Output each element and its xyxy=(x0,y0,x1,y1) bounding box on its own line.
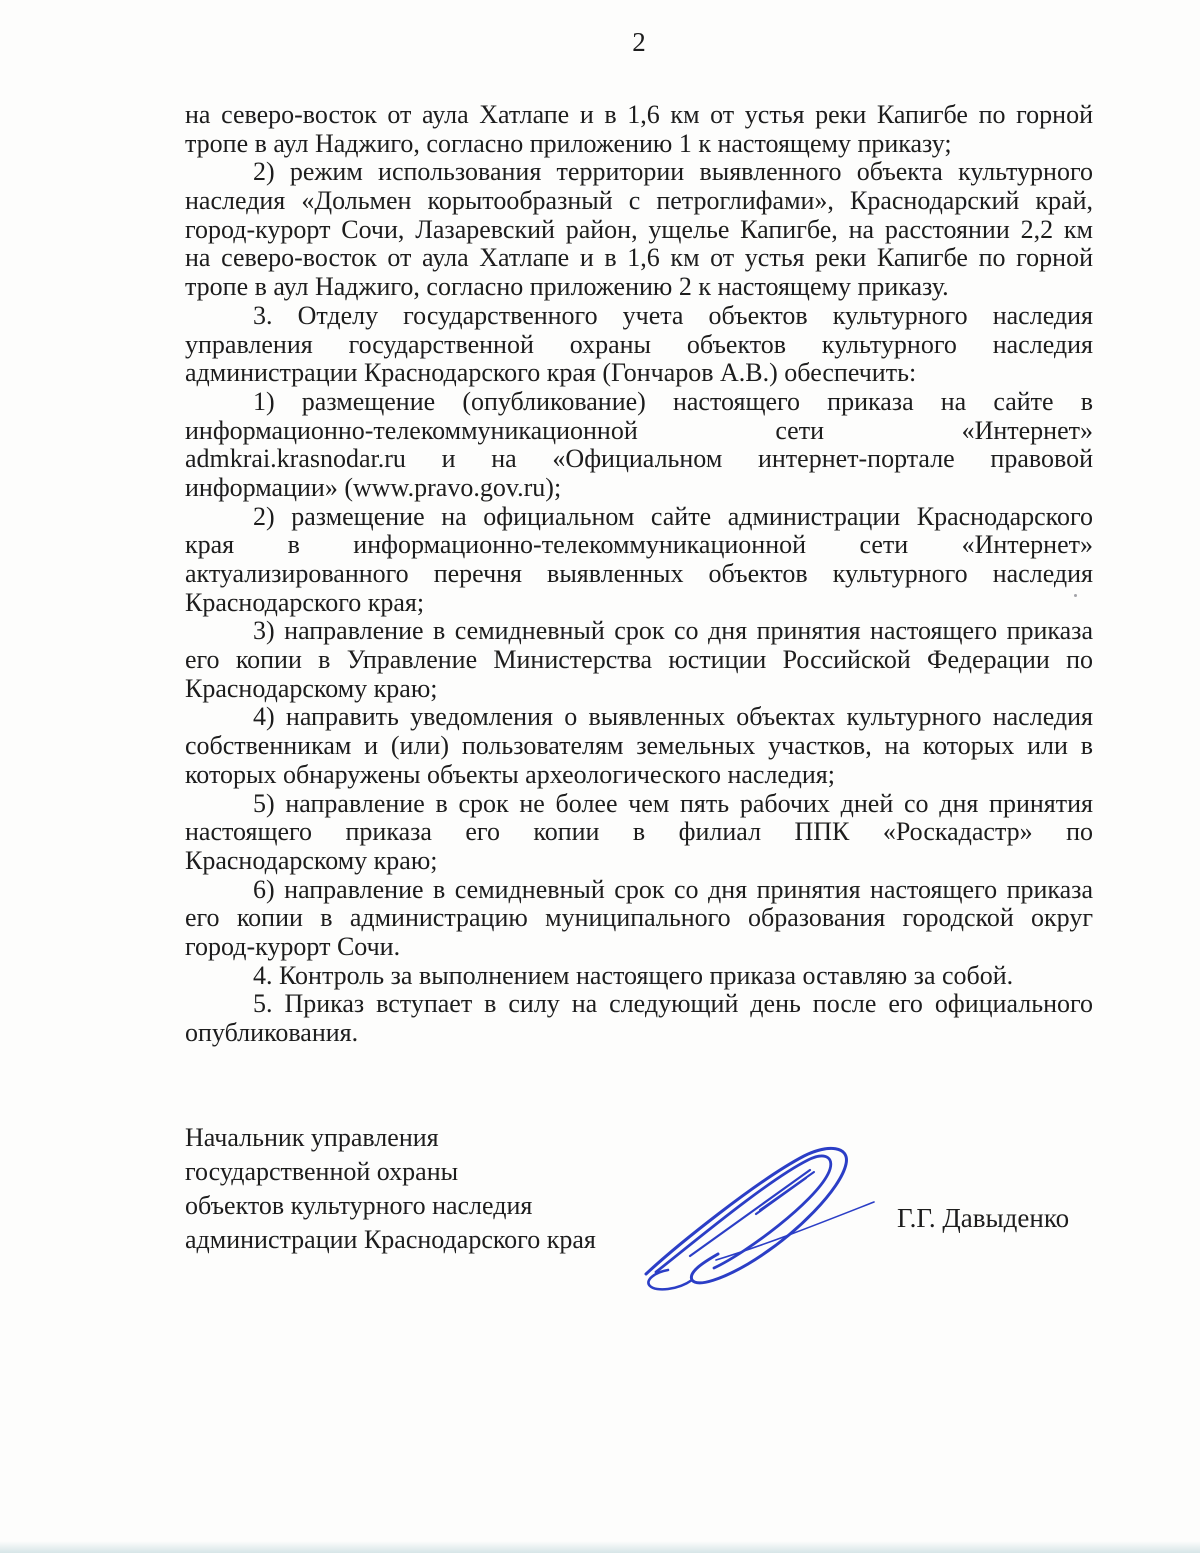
text-line: тропе в аул Наджиго, согласно приложению… xyxy=(185,130,1093,159)
text-line: 3. Отделу государственного учета объекто… xyxy=(185,302,1093,331)
text-line: 4. Контроль за выполнением настоящего пр… xyxy=(185,962,1093,991)
scanned-document-page: 2 на северо-восток от аула Хатлапе и в 1… xyxy=(0,0,1200,1553)
text-line: 2) размещение на официальном сайте админ… xyxy=(185,503,1093,532)
paragraph: 2) размещение на официальном сайте админ… xyxy=(185,503,1093,618)
text-line: город-курорт Сочи. xyxy=(185,933,1093,962)
text-line: информационно-телекоммуникационной сети … xyxy=(185,417,1093,446)
handwritten-signature-ink xyxy=(628,1142,908,1292)
text-line: 1) размещение (опубликование) настоящего… xyxy=(185,388,1093,417)
page-number: 2 xyxy=(185,27,1093,58)
text-line: которых обнаружены объекты археологическ… xyxy=(185,761,1093,790)
text-line: 4) направить уведомления о выявленных об… xyxy=(185,703,1093,732)
document-body: на северо-восток от аула Хатлапе и в 1,6… xyxy=(185,101,1093,1048)
paragraph: на северо-восток от аула Хатлапе и в 1,6… xyxy=(185,101,1093,158)
text-line: Краснодарскому краю; xyxy=(185,847,1093,876)
text-line: 6) направление в семидневный срок со дня… xyxy=(185,876,1093,905)
text-line: администрации Краснодарского края (Гонча… xyxy=(185,359,1093,388)
signature-strokes xyxy=(646,1148,874,1289)
paragraph: 3) направление в семидневный срок со дня… xyxy=(185,617,1093,703)
paragraph: 5) направление в срок не более чем пять … xyxy=(185,790,1093,876)
paragraph: 4. Контроль за выполнением настоящего пр… xyxy=(185,962,1093,991)
text-line: его копии в администрацию муниципального… xyxy=(185,904,1093,933)
text-line: Краснодарского края; xyxy=(185,589,1093,618)
paragraph: 1) размещение (опубликование) настоящего… xyxy=(185,388,1093,503)
text-line: admkrai.krasnodar.ru и на «Официальном и… xyxy=(185,445,1093,474)
text-line: актуализированного перечня выявленных об… xyxy=(185,560,1093,589)
text-line: 5. Приказ вступает в силу на следующий д… xyxy=(185,990,1093,1019)
text-line: 2) режим использования территории выявле… xyxy=(185,158,1093,187)
text-line: Краснодарскому краю; xyxy=(185,675,1093,704)
text-line: на северо-восток от аула Хатлапе и в 1,6… xyxy=(185,244,1093,273)
scan-artifact-dot xyxy=(1074,594,1077,597)
signer-name: Г.Г. Давыденко xyxy=(897,1203,1069,1234)
text-line: настоящего приказа его копии в филиал ПП… xyxy=(185,818,1093,847)
text-line: управления государственной охраны объект… xyxy=(185,331,1093,360)
signature-title-line: Начальник управления xyxy=(185,1121,705,1155)
signature-title-block: Начальник управлениягосударственной охра… xyxy=(185,1121,705,1257)
paragraph: 6) направление в семидневный срок со дня… xyxy=(185,876,1093,962)
text-line: 3) направление в семидневный срок со дня… xyxy=(185,617,1093,646)
text-line: информации» (www.pravo.gov.ru); xyxy=(185,474,1093,503)
text-line: наследия «Дольмен корытообразный с петро… xyxy=(185,187,1093,216)
text-line: на северо-восток от аула Хатлапе и в 1,6… xyxy=(185,101,1093,130)
signature-title-line: объектов культурного наследия xyxy=(185,1189,705,1223)
scan-edge-artifact xyxy=(0,1541,1200,1553)
text-line: 5) направление в срок не более чем пять … xyxy=(185,790,1093,819)
text-line: края в информационно-телекоммуникационно… xyxy=(185,531,1093,560)
text-line: тропе в аул Наджиго, согласно приложению… xyxy=(185,273,1093,302)
text-line: собственникам и (или) пользователям земе… xyxy=(185,732,1093,761)
text-line: опубликования. xyxy=(185,1019,1093,1048)
paragraph: 3. Отделу государственного учета объекто… xyxy=(185,302,1093,388)
paragraph: 5. Приказ вступает в силу на следующий д… xyxy=(185,990,1093,1047)
paragraph: 2) режим использования территории выявле… xyxy=(185,158,1093,301)
signature-title-line: государственной охраны xyxy=(185,1155,705,1189)
signature-title-line: администрации Краснодарского края xyxy=(185,1223,705,1257)
text-line: город-курорт Сочи, Лазаревский район, ущ… xyxy=(185,216,1093,245)
paragraph: 4) направить уведомления о выявленных об… xyxy=(185,703,1093,789)
text-line: его копии в Управление Министерства юсти… xyxy=(185,646,1093,675)
